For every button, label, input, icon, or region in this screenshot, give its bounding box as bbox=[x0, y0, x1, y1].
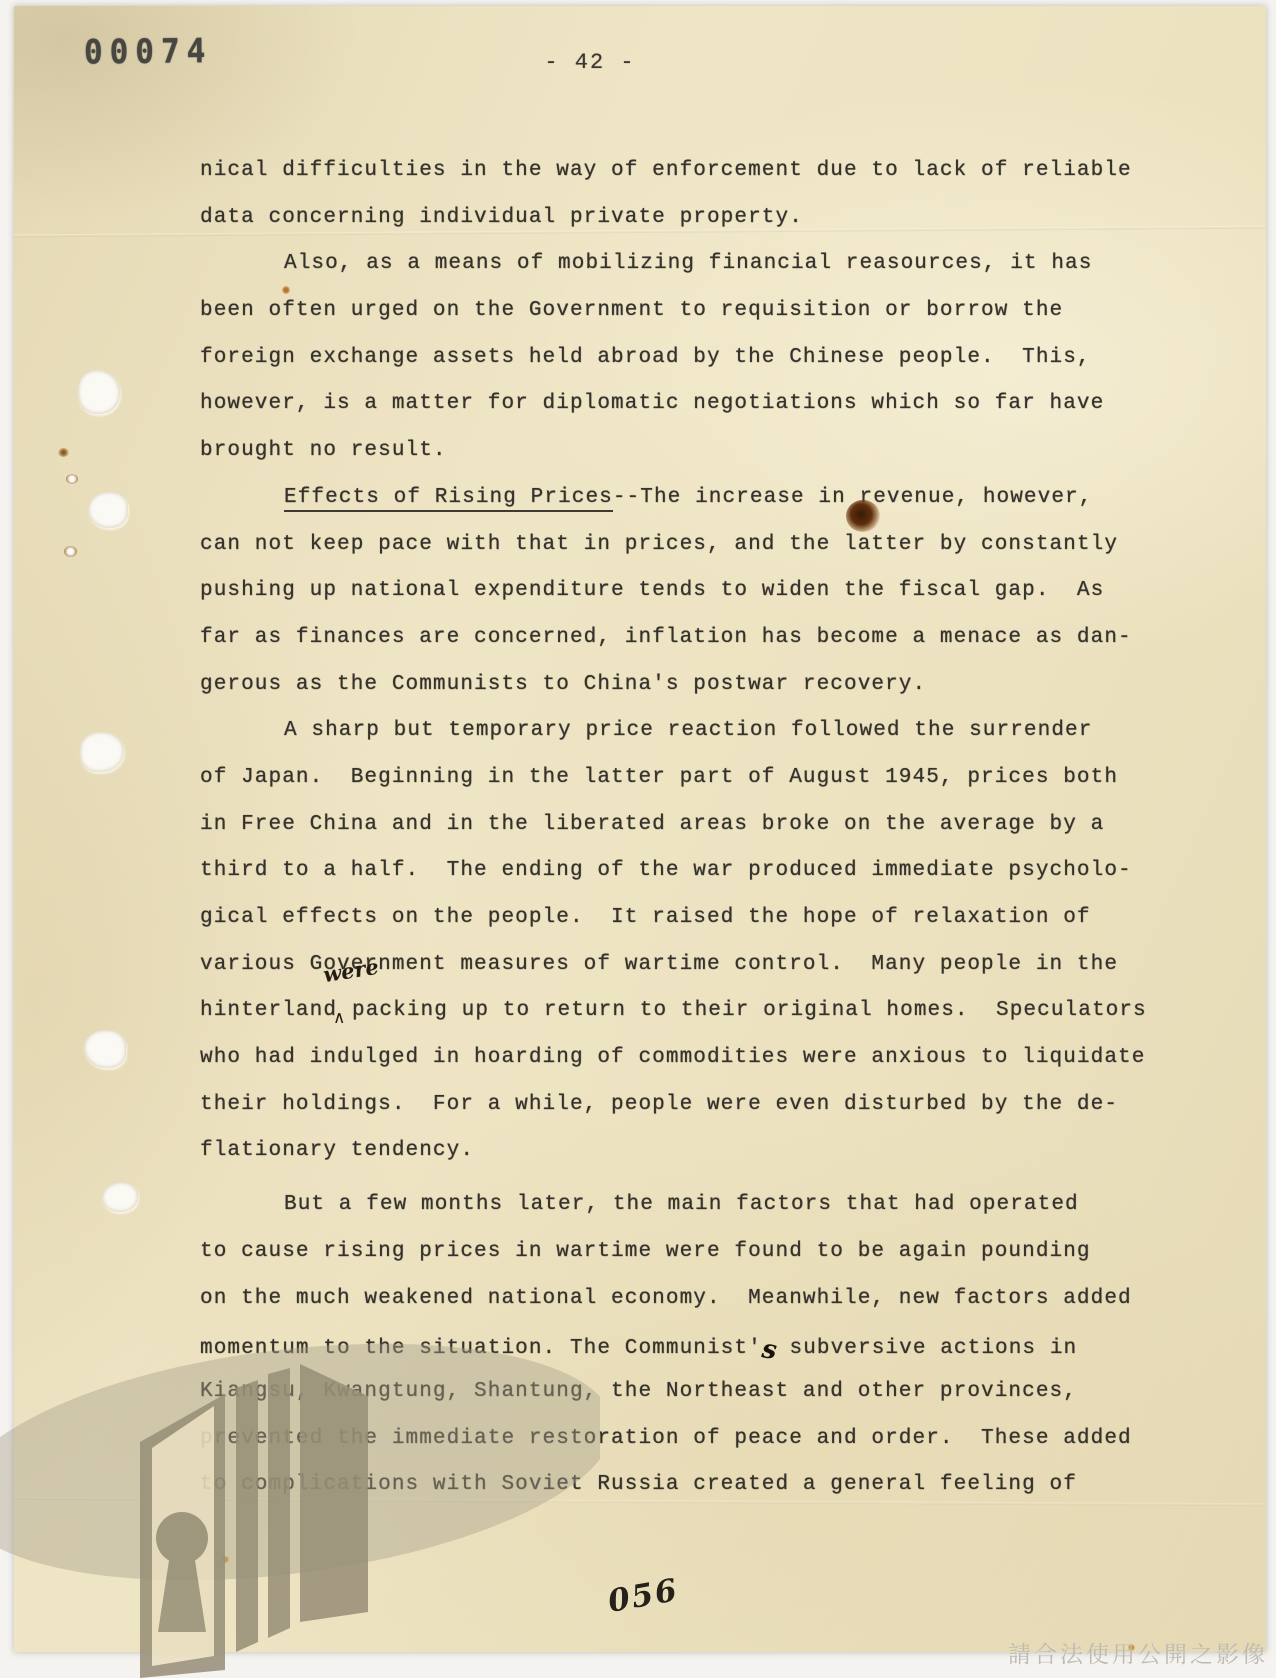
rust-speck bbox=[64, 546, 77, 557]
typewritten-line: But a few months later, the main factors… bbox=[200, 1182, 1175, 1229]
text-segment: third to a half. The ending of the war p… bbox=[200, 859, 1132, 882]
text-segment: subversive actions in bbox=[776, 1337, 1077, 1360]
typewritten-line: foreign exchange assets held abroad by t… bbox=[200, 335, 1175, 382]
typewritten-line: Effects of Rising Prices--The increase i… bbox=[200, 475, 1175, 522]
text-segment: in Free China and in the liberated areas… bbox=[200, 813, 1104, 836]
typewritten-line: their holdings. For a while, people were… bbox=[200, 1082, 1175, 1129]
text-segment: packing up to return to their original h… bbox=[352, 999, 1147, 1022]
text-segment: gical effects on the people. It raised t… bbox=[200, 906, 1091, 929]
text-segment: to cause rising prices in wartime were f… bbox=[200, 1240, 1091, 1263]
rust-speck bbox=[66, 474, 78, 484]
typewritten-line: on the much weakened national economy. M… bbox=[200, 1276, 1175, 1323]
typewritten-line: data concerning individual private prope… bbox=[200, 195, 1175, 242]
typewritten-line: however, is a matter for diplomatic nego… bbox=[200, 381, 1175, 428]
text-segment: been often urged on the Government to re… bbox=[200, 299, 1063, 322]
handwritten-s-correction: s bbox=[759, 1326, 779, 1374]
rust-speck bbox=[222, 1556, 229, 1563]
archive-stamp-number: 00074 bbox=[84, 32, 213, 72]
typewritten-line: far as finances are concerned, inflation… bbox=[200, 615, 1175, 662]
text-segment: A sharp but temporary price reaction fol… bbox=[284, 719, 1092, 742]
text-segment: brought no result. bbox=[200, 439, 447, 462]
typewritten-line: of Japan. Beginning in the latter part o… bbox=[200, 755, 1175, 802]
text-segment: foreign exchange assets held abroad by t… bbox=[200, 346, 1091, 369]
text-segment: on the much weakened national economy. M… bbox=[200, 1287, 1132, 1310]
typewritten-text-block: nical difficulties in the way of enforce… bbox=[200, 148, 1175, 1509]
text-segment: who had indulged in hoarding of commodit… bbox=[200, 1046, 1145, 1069]
caret-mark-icon: ∧ bbox=[333, 1010, 347, 1027]
text-segment: data concerning individual private prope… bbox=[200, 206, 803, 229]
typewritten-line: to complications with Soviet Russia crea… bbox=[200, 1462, 1175, 1509]
text-segment: far as finances are concerned, inflation… bbox=[200, 626, 1132, 649]
paper-hole bbox=[102, 1182, 138, 1212]
paper-hole bbox=[78, 370, 120, 414]
typewritten-line: nical difficulties in the way of enforce… bbox=[200, 148, 1175, 195]
text-segment: Kiangsu, Kwangtung, Shantung, the Northe… bbox=[200, 1380, 1077, 1403]
rust-speck bbox=[282, 286, 290, 294]
typewritten-line: brought no result. bbox=[200, 428, 1175, 475]
text-segment: momentum to the situation. The Communist… bbox=[200, 1337, 762, 1360]
rust-speck bbox=[58, 448, 69, 457]
typewritten-line: third to a half. The ending of the war p… bbox=[200, 848, 1175, 895]
text-segment: prevented the immediate restoration of p… bbox=[200, 1427, 1132, 1450]
page-number: - 42 - bbox=[520, 50, 660, 75]
text-segment: can not keep pace with that in prices, a… bbox=[200, 533, 1118, 556]
ink-blot bbox=[846, 500, 880, 532]
paper-hole bbox=[88, 492, 128, 528]
text-segment: pushing up national expenditure tends to… bbox=[200, 579, 1104, 602]
typewritten-line: pushing up national expenditure tends to… bbox=[200, 568, 1175, 615]
text-segment: to complications with Soviet Russia crea… bbox=[200, 1473, 1077, 1496]
handwritten-insertion: were∧ bbox=[337, 1005, 352, 1015]
text-segment: But a few months later, the main factors… bbox=[284, 1193, 1079, 1216]
typewritten-line: can not keep pace with that in prices, a… bbox=[200, 522, 1175, 569]
typewritten-line: gical effects on the people. It raised t… bbox=[200, 895, 1175, 942]
text-segment: flationary tendency. bbox=[200, 1139, 474, 1162]
typewritten-line: to cause rising prices in wartime were f… bbox=[200, 1229, 1175, 1276]
paper-hole bbox=[84, 1030, 126, 1068]
typewritten-line: prevented the immediate restoration of p… bbox=[200, 1416, 1175, 1463]
underlined-heading: Effects of Rising Prices bbox=[284, 486, 613, 512]
typewritten-line: A sharp but temporary price reaction fol… bbox=[200, 708, 1175, 755]
typewritten-line: hinterlandwere∧packing up to return to t… bbox=[200, 988, 1175, 1035]
typewritten-line: in Free China and in the liberated areas… bbox=[200, 802, 1175, 849]
text-segment: however, is a matter for diplomatic nego… bbox=[200, 392, 1104, 415]
text-segment: of Japan. Beginning in the latter part o… bbox=[200, 766, 1118, 789]
typewritten-line: who had indulged in hoarding of commodit… bbox=[200, 1035, 1175, 1082]
typewritten-line: momentum to the situation. The Communist… bbox=[200, 1322, 1175, 1369]
text-segment: nical difficulties in the way of enforce… bbox=[200, 159, 1132, 182]
text-segment: Also, as a means of mobilizing financial… bbox=[284, 252, 1092, 275]
text-segment: gerous as the Communists to China's post… bbox=[200, 673, 926, 696]
typewritten-line: been often urged on the Government to re… bbox=[200, 288, 1175, 335]
typewritten-line: gerous as the Communists to China's post… bbox=[200, 662, 1175, 709]
typewritten-line: flationary tendency. bbox=[200, 1128, 1175, 1175]
text-segment: their holdings. For a while, people were… bbox=[200, 1093, 1118, 1116]
typewritten-line: Also, as a means of mobilizing financial… bbox=[200, 241, 1175, 288]
text-segment: hinterland bbox=[200, 999, 337, 1022]
image-use-notice-watermark: 請合法使用公開之影像 bbox=[988, 1636, 1268, 1669]
typewritten-line: Kiangsu, Kwangtung, Shantung, the Northe… bbox=[200, 1369, 1175, 1416]
